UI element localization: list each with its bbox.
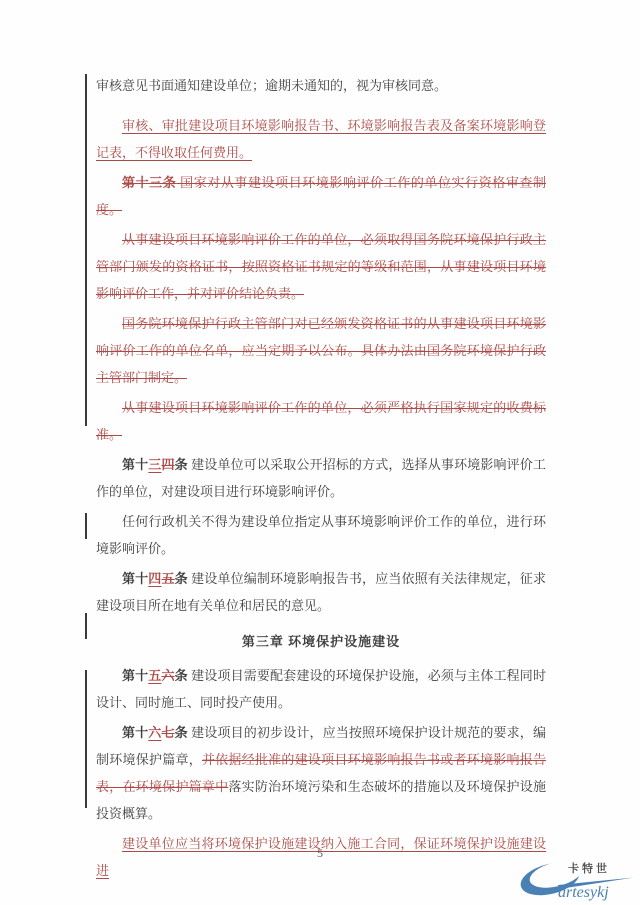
text-run: 第十 — [122, 457, 148, 472]
text-run: 条 — [175, 668, 188, 683]
paragraph: 第十三四条 建设单位可以采取公开招标的方式，选择从事环境影响评价工作的单位，对建… — [96, 451, 546, 505]
text-run: 条 — [175, 571, 188, 586]
deleted-text: 四 — [161, 457, 174, 472]
logo-swoosh-icon: 卡特世 artesykj — [516, 853, 638, 903]
deleted-text: 从事建设项目环境影响评价工作的单位，必须严格执行国家规定的收费标准。 — [96, 400, 546, 442]
paragraph: 审核、审批建设项目环境影响报告书、环境影响报告表及备案环境影响登记表，不得收取任… — [96, 112, 546, 166]
change-bar — [85, 74, 87, 426]
paragraph: 第十五六条 建设项目需要配套建设的环境保护设施，必须与主体工程同时设计、同时施工… — [96, 662, 546, 716]
inserted-text: 六 — [148, 725, 161, 740]
change-bar — [85, 613, 87, 639]
text-run: 审核意见书面通知建设单位；逾期未通知的，视为审核同意。 — [96, 78, 447, 93]
deleted-text: 六 — [161, 668, 174, 683]
chapter-heading: 第三章 环境保护设施建设 — [96, 628, 546, 655]
inserted-text: 五 — [148, 668, 161, 683]
paragraph: 从事建设项目环境影响评价工作的单位，必须严格执行国家规定的收费标准。 — [96, 394, 546, 448]
text-run: 第三章 环境保护设施建设 — [242, 634, 400, 649]
deleted-text: 从事建设项目环境影响评价工作的单位，必须取得国务院环境保护行政主管部门颁发的资格… — [96, 232, 546, 301]
inserted-text: 四 — [148, 571, 161, 586]
text-run: 第十 — [122, 571, 148, 586]
deleted-text: 第十三条 — [122, 175, 176, 190]
logo-chinese-text: 卡特世 — [568, 861, 610, 875]
paragraph: 第十六七条 建设项目的初步设计，应当按照环境保护设计规范的要求，编制环境保护篇章… — [96, 719, 546, 827]
change-bar — [85, 513, 87, 539]
inserted-text: 审核、审批建设项目环境影响报告书、环境影响报告表及备案环境影响登记表，不得收取任… — [96, 118, 546, 160]
company-logo: 卡特世 artesykj — [516, 853, 638, 903]
deleted-text: 国务院环境保护行政主管部门对已经颁发资格证书的从事建设项目环境影响评价工作的单位… — [96, 316, 546, 385]
change-bar — [85, 670, 87, 808]
deleted-text: 七 — [161, 725, 174, 740]
paragraph: 第十三条 国家对从事建设项目环境影响评价工作的单位实行资格审查制度。 — [96, 169, 546, 223]
text-run: 第十 — [122, 668, 148, 683]
document-page: 审核意见书面通知建设单位；逾期未通知的，视为审核同意。审核、审批建设项目环境影响… — [0, 0, 640, 905]
inserted-text: 三 — [148, 457, 161, 472]
text-run: 第十 — [122, 725, 148, 740]
document-body: 审核意见书面通知建设单位；逾期未通知的，视为审核同意。审核、审批建设项目环境影响… — [96, 72, 546, 887]
text-run: 条 — [175, 725, 188, 740]
paragraph: 任何行政机关不得为建设单位指定从事环境影响评价工作的单位，进行环境影响评价。 — [96, 508, 546, 562]
logo-latin-text: artesykj — [558, 884, 609, 901]
text-run: 任何行政机关不得为建设单位指定从事环境影响评价工作的单位，进行环境影响评价。 — [96, 514, 546, 556]
paragraph: 审核意见书面通知建设单位；逾期未通知的，视为审核同意。 — [96, 72, 546, 99]
paragraph: 国务院环境保护行政主管部门对已经颁发资格证书的从事建设项目环境影响评价工作的单位… — [96, 310, 546, 391]
deleted-text: 五 — [161, 571, 174, 586]
text-run: 条 — [175, 457, 188, 472]
paragraph: 第十四五条 建设单位编制环境影响报告书，应当依照有关法律规定，征求建设项目所在地… — [96, 565, 546, 619]
paragraph: 从事建设项目环境影响评价工作的单位，必须取得国务院环境保护行政主管部门颁发的资格… — [96, 226, 546, 307]
